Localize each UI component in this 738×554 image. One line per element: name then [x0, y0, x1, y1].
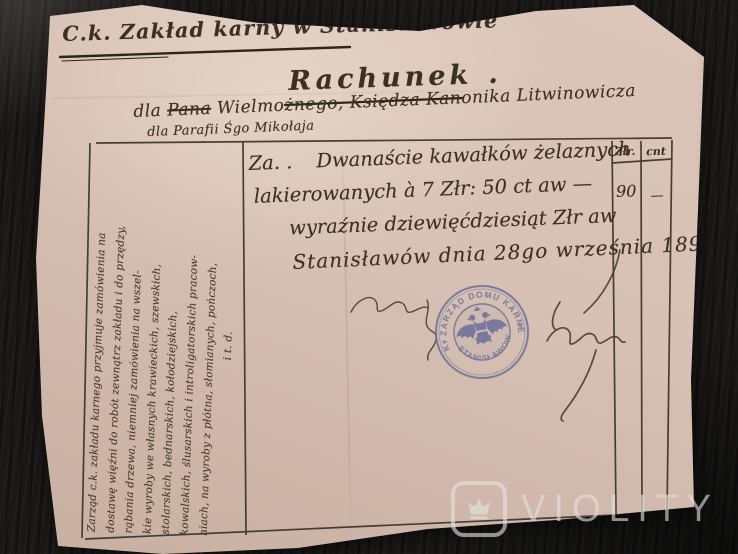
- recipient-struck-word: Pana: [167, 99, 212, 121]
- title-period: .: [488, 59, 498, 90]
- round-ink-stamp: C. K. ZARZĄD DOMU KARNEGO W STANISŁAWOWI…: [420, 270, 543, 393]
- letterhead-handwriting: C.k. Zakład karny w Stanisławowie: [62, 8, 499, 46]
- signature-flourish: [547, 250, 625, 421]
- paper-sheet: C.k. Zakład karny w Stanisławowie Rachun…: [0, 0, 738, 554]
- crown-icon: [451, 481, 507, 537]
- violity-watermark: VIOLITY: [451, 481, 719, 537]
- watermark-text: VIOLITY: [521, 488, 719, 531]
- rotated-side-advertisement: Zarząd c.k. zakładu karnego przyjmuje za…: [83, 150, 246, 537]
- recipient-prefix: dla: [133, 101, 162, 122]
- za-label: Za. .: [248, 150, 293, 175]
- amount-col-mid-rule: [641, 141, 642, 515]
- photo-of-document: C.k. Zakład karny w Stanisławowie Rachun…: [0, 0, 738, 554]
- paper-sheet-wrapper: C.k. Zakład karny w Stanisławowie Rachun…: [0, 0, 738, 554]
- letterhead-underline: [60, 47, 350, 57]
- invoice-body-handwriting: Za. .Dwanaście kawałków żelaznych lakier…: [248, 132, 634, 246]
- recipient-line-2: dla Parafii Śgo Mikołaja: [147, 119, 315, 140]
- letterhead-underline-2: [62, 57, 168, 61]
- amount-cents-dash: —: [643, 188, 671, 204]
- column-header-cnt: cnt: [642, 145, 670, 159]
